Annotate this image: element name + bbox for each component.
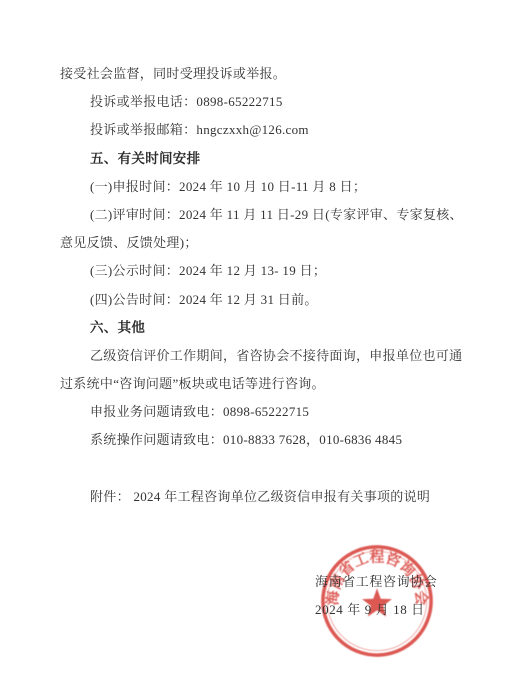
signature-date: 2024 年 9 月 18 日 [315,596,437,624]
paragraph-line: (一)申报时间：2024 年 10 月 10 日-11 月 8 日； [60,173,452,201]
section-heading: 六、其他 [60,314,452,342]
signature-block: 海南省工程咨询协会 2024 年 9 月 18 日 [315,568,437,624]
document-body: 接受社会监督，同时受理投诉或举报。 投诉或举报电话：0898-65222715 … [60,60,452,511]
paragraph-line: (四)公告时间：2024 年 12 月 31 日前。 [60,286,452,314]
signature-org: 海南省工程咨询协会 [315,568,437,596]
section-heading: 五、有关时间安排 [60,145,452,173]
paragraph-line: 申报业务问题请致电：0898-65222715 [60,398,452,426]
paragraph-line: 接受社会监督，同时受理投诉或举报。 [60,60,452,88]
paragraph-line: (三)公示时间：2024 年 12 月 13- 19 日； [60,257,452,285]
paragraph-line: 意见反馈、反馈处理)； [60,229,452,257]
paragraph-line: (二)评审时间：2024 年 11 月 11 日-29 日(专家评审、专家复核、 [60,201,452,229]
attachment-line: 附件： 2024 年工程咨询单位乙级资信申报有关事项的说明 [60,483,452,511]
paragraph-line: 投诉或举报邮箱：hngczxxh@126.com [60,116,452,144]
paragraph-line: 投诉或举报电话：0898-65222715 [60,88,452,116]
paragraph-line: 乙级资信评价工作期间，省咨协会不接待面询，申报单位也可通 [60,342,452,370]
paragraph-line: 系统操作问题请致电：010-8833 7628，010-6836 4845 [60,426,452,454]
paragraph-line: 过系统中“咨询问题”板块或电话等进行咨询。 [60,370,452,398]
document-page: 接受社会监督，同时受理投诉或举报。 投诉或举报电话：0898-65222715 … [0,0,510,680]
